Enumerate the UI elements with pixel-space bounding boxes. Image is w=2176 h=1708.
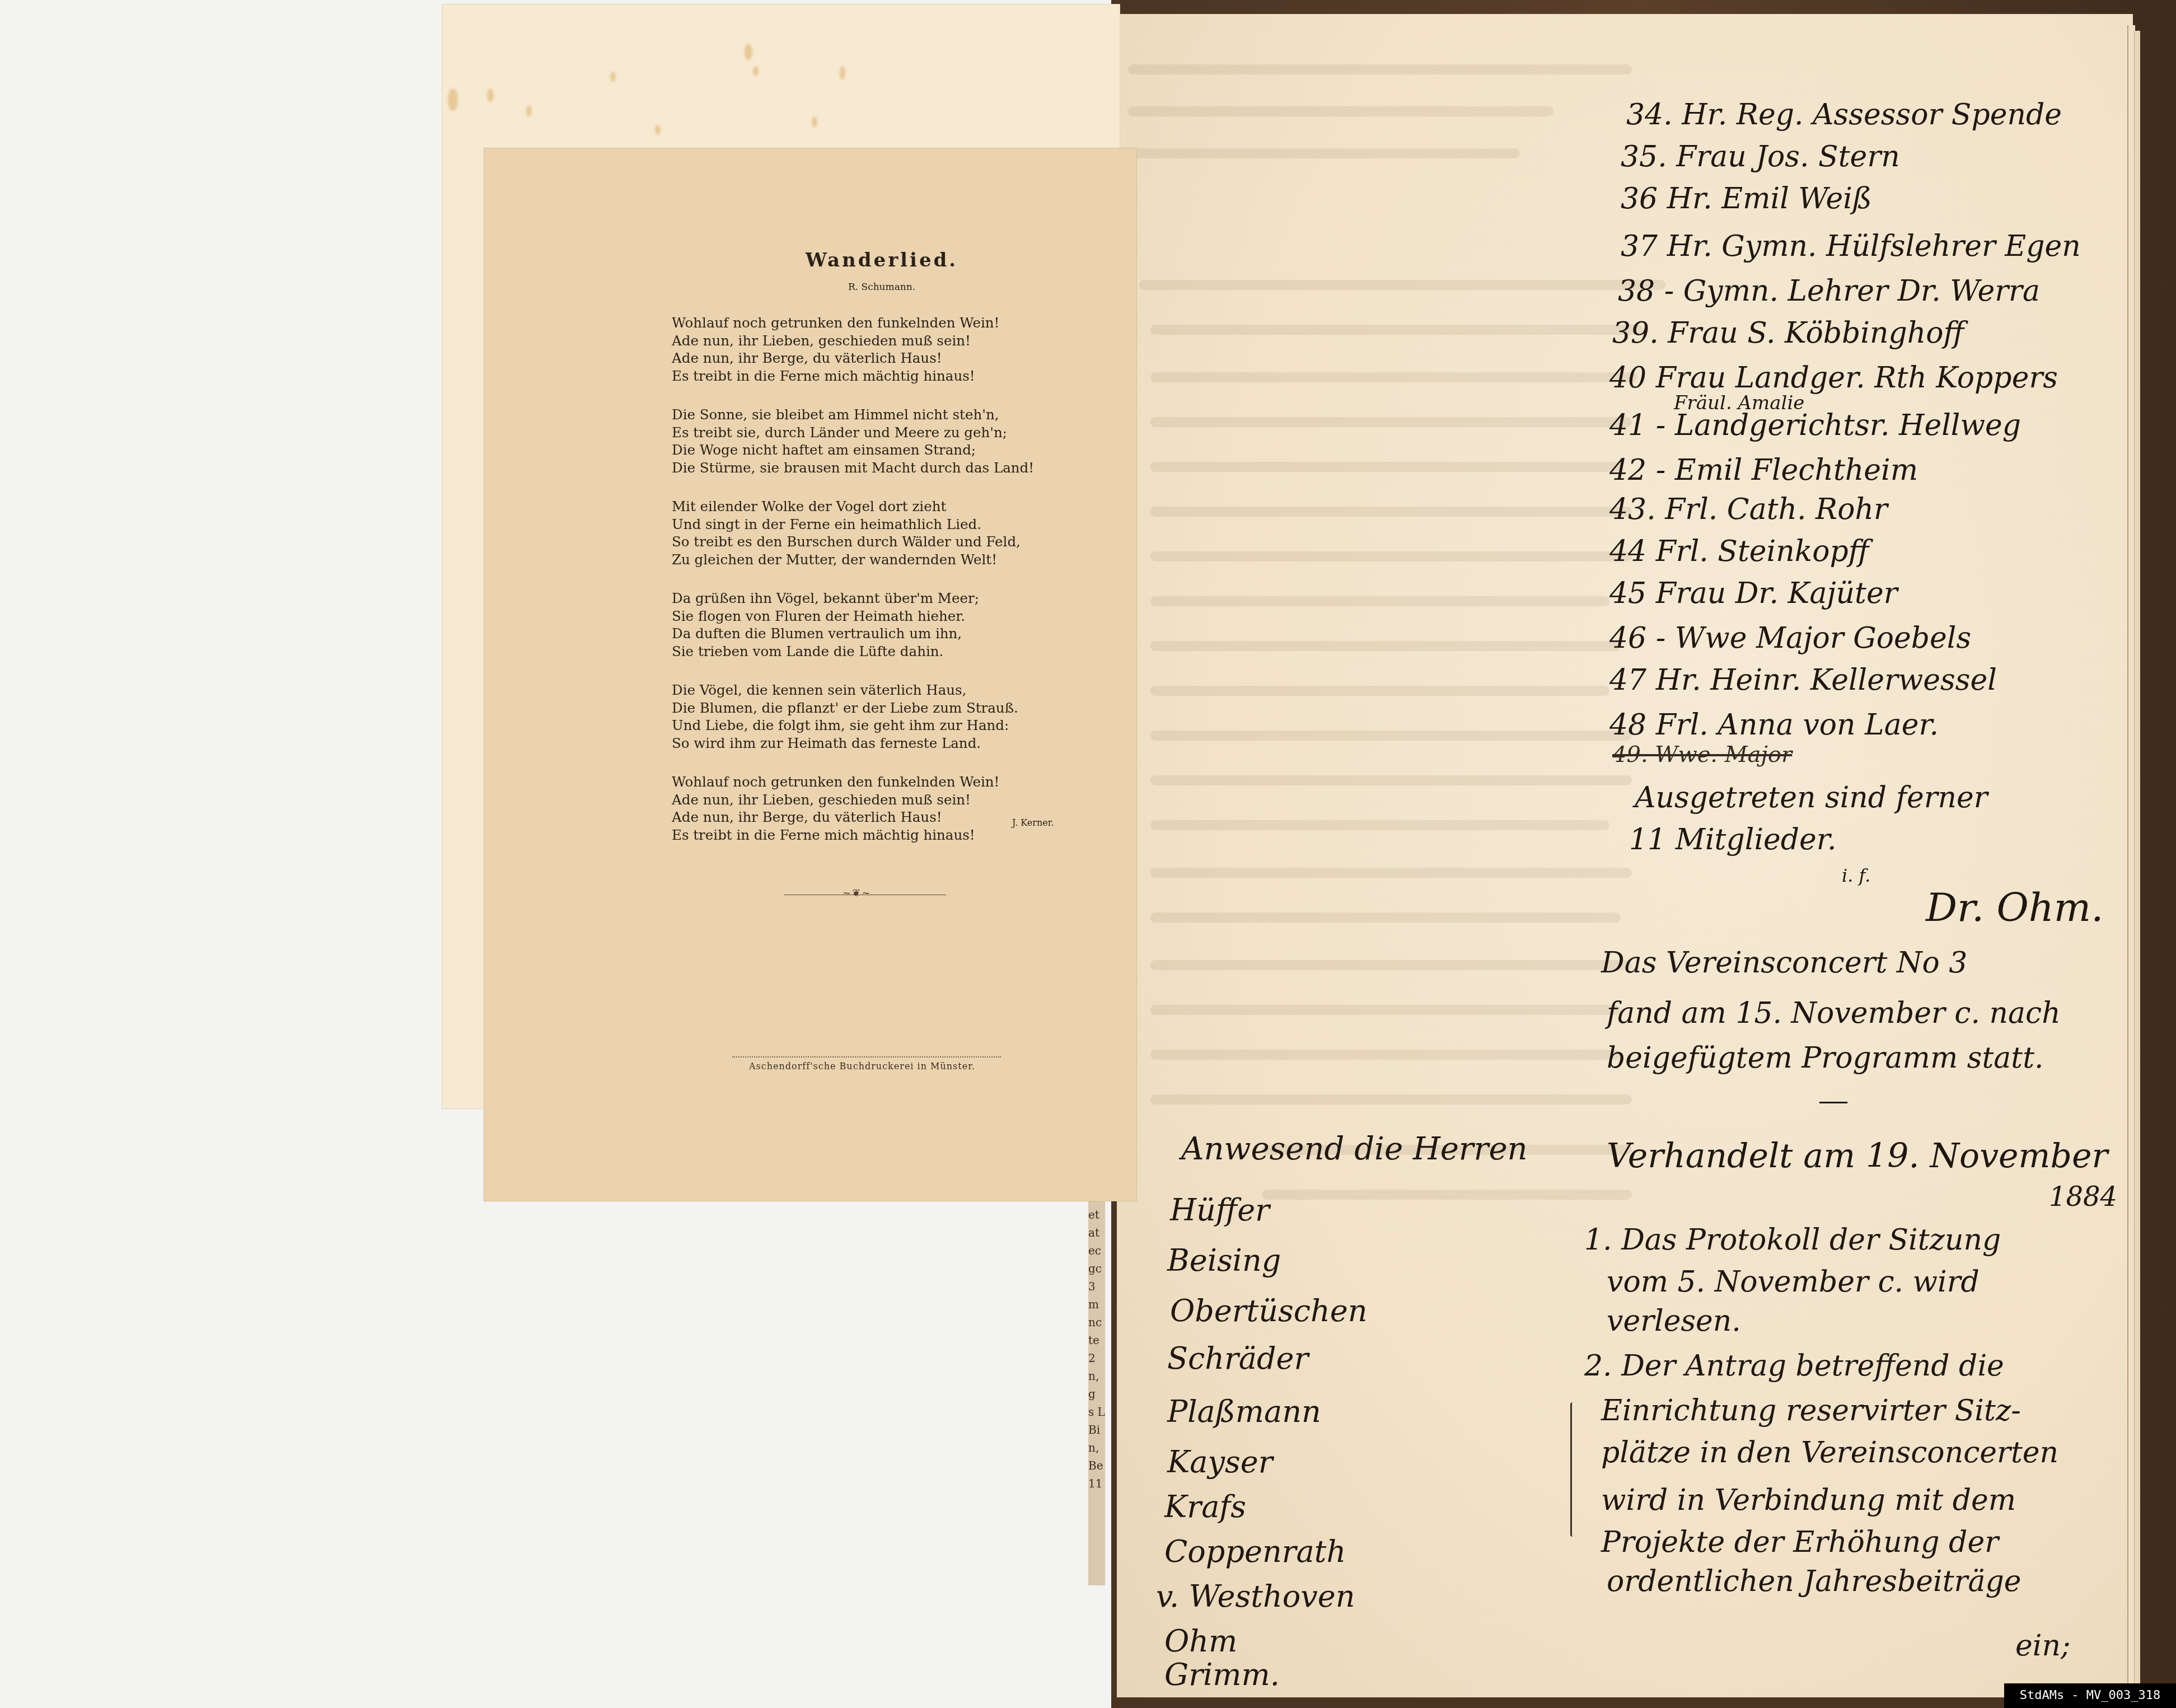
minutes-line: plätze in den Vereinsconcerten xyxy=(1601,1436,2058,1470)
attendee-name: Obertüschen xyxy=(1170,1293,1368,1328)
ornament-icon: ~❦~ xyxy=(843,887,871,899)
verse-line: Die Woge nicht haftet am einsamen Strand… xyxy=(672,441,1075,459)
verse-line: Zu gleichen der Mutter, der wandernden W… xyxy=(672,551,1075,569)
attendee-name: Grimm. xyxy=(1164,1657,1280,1692)
strip-text: nc xyxy=(1088,1313,1105,1331)
verse-line: Es treibt in die Ferne mich mächtig hina… xyxy=(672,826,1075,844)
attendance-heading: Anwesend die Herren xyxy=(1181,1131,1528,1167)
strip-text: s L xyxy=(1088,1403,1105,1421)
verse-line: Die Sonne, sie bleibet am Himmel nicht s… xyxy=(672,406,1075,424)
list-item: 35. Frau Jos. Stern xyxy=(1621,140,1900,174)
list-item: 48 Frl. Anna von Laer. xyxy=(1609,708,1939,742)
strip-text: n, xyxy=(1088,1439,1105,1457)
attendee-name: Coppenrath xyxy=(1164,1534,1346,1569)
ornament-divider: ~❦~ xyxy=(784,890,946,901)
page-edge xyxy=(2134,31,2140,1696)
strip-text: ec xyxy=(1088,1242,1105,1260)
strip-text: n, xyxy=(1088,1367,1105,1385)
concert-line: beigefügtem Programm statt. xyxy=(1607,1041,2044,1075)
list-item: 42 - Emil Flechtheim xyxy=(1609,453,1918,487)
verse-line: Sie flogen von Fluren der Heimath hieher… xyxy=(672,607,1075,625)
minutes-line: ordentlichen Jahresbeiträge xyxy=(1607,1565,2021,1598)
list-item: 44 Frl. Steinkopff xyxy=(1609,535,1869,568)
stanza: Da grüßen ihn Vögel, bekannt über'm Meer… xyxy=(672,589,1075,660)
divider-dash xyxy=(1819,1102,1847,1103)
attendee-name: Plaßmann xyxy=(1167,1394,1321,1429)
minutes-line: 1. Das Protokoll der Sitzung xyxy=(1584,1223,2001,1257)
attendee-name: Kayser xyxy=(1167,1444,1273,1480)
strip-text: gc xyxy=(1088,1260,1105,1278)
list-item: 36 Hr. Emil Weiß xyxy=(1621,182,1872,216)
list-item: 39. Frau S. Köbbinghoff xyxy=(1612,316,1964,350)
minutes-line: Projekte der Erhöhung der xyxy=(1601,1525,1999,1559)
list-item: 43. Frl. Cath. Rohr xyxy=(1609,493,1888,526)
attendee-name: Ohm xyxy=(1164,1623,1237,1659)
list-item: 34. Hr. Reg. Assessor Spende xyxy=(1626,98,2062,132)
newspaper-strip: it et at ec gc 3 m nc te 2 n, g s L Bi n… xyxy=(1088,1188,1105,1585)
verse-line: Die Vögel, die kennen sein väterlich Hau… xyxy=(672,681,1075,699)
list-item: 41 - Landgerichtsr. Hellweg xyxy=(1609,409,2021,442)
poem-title: Wanderlied. xyxy=(689,249,1075,272)
list-item: 37 Hr. Gymn. Hülfslehrer Egen xyxy=(1621,230,2081,263)
printer-imprint: Aschendorff'sche Buchdruckerei in Münste… xyxy=(749,1061,975,1071)
strip-text: Be xyxy=(1088,1457,1105,1475)
verse-line: Mit eilender Wolke der Vogel dort zieht xyxy=(672,498,1075,516)
poem-author: J. Kerner. xyxy=(1012,817,1065,828)
verse-line: Da duften die Blumen vertraulich um ihn, xyxy=(672,625,1075,643)
poem-composer: R. Schumann. xyxy=(689,282,1075,293)
verse-line: Da grüßen ihn Vögel, bekannt über'm Meer… xyxy=(672,589,1075,607)
note-resigned: Ausgetreten sind ferner xyxy=(1635,781,1988,815)
minutes-line: 2. Der Antrag betreffend die xyxy=(1584,1349,2004,1383)
stanza: Wohlauf noch getrunken den funkelnden We… xyxy=(672,314,1075,385)
list-item: 38 - Gymn. Lehrer Dr. Werra xyxy=(1618,274,2040,308)
list-item: 40 Frau Landger. Rth Koppers xyxy=(1609,361,2058,395)
minutes-continuation: ein; xyxy=(2015,1629,2070,1663)
verse-line: Die Stürme, sie brausen mit Macht durch … xyxy=(672,459,1075,477)
strip-text: m xyxy=(1088,1295,1105,1313)
stanza: Die Sonne, sie bleibet am Himmel nicht s… xyxy=(672,406,1075,476)
verse-line: Und Liebe, die folgt ihm, sie geht ihm z… xyxy=(672,717,1075,734)
verse-line: Ade nun, ihr Lieben, geschieden muß sein… xyxy=(672,332,1075,350)
attendee-name: Beising xyxy=(1167,1243,1281,1278)
attendee-name: Hüffer xyxy=(1170,1192,1270,1228)
stanza: Die Vögel, die kennen sein väterlich Hau… xyxy=(672,681,1075,752)
minutes-heading: Verhandelt am 19. November xyxy=(1607,1136,2108,1176)
attendee-name: Krafs xyxy=(1164,1489,1246,1524)
minutes-line: verlesen. xyxy=(1607,1304,1741,1338)
margin-bracket xyxy=(1570,1402,1575,1537)
verse-line: Wohlauf noch getrunken den funkelnden We… xyxy=(672,773,1075,791)
stanza: Wohlauf noch getrunken den funkelnden We… xyxy=(672,773,1075,844)
verse-line: Ade nun, ihr Lieben, geschieden muß sein… xyxy=(672,791,1075,809)
verse-line: So treibt es den Burschen durch Wälder u… xyxy=(672,533,1075,551)
verse-line: Ade nun, ihr Berge, du väterlich Haus! xyxy=(672,349,1075,367)
printer-rule xyxy=(732,1056,1001,1060)
attendee-name: v. Westhoven xyxy=(1156,1579,1355,1614)
poem-content: Wanderlied. R. Schumann. Wohlauf noch ge… xyxy=(484,148,1136,1201)
verse-line: Es treibt sie, durch Länder und Meere zu… xyxy=(672,424,1075,442)
strip-text: et xyxy=(1088,1206,1105,1224)
verse-line: Die Blumen, die pflanzt' er der Liebe zu… xyxy=(672,699,1075,717)
verse-line: Es treibt in die Ferne mich mächtig hina… xyxy=(672,367,1075,385)
stanza: Mit eilender Wolke der Vogel dort zieht … xyxy=(672,498,1075,568)
minutes-line: vom 5. November c. wird xyxy=(1607,1265,1980,1299)
minutes-line: Einrichtung reservirter Sitz- xyxy=(1601,1394,2021,1428)
strip-text: g xyxy=(1088,1385,1105,1403)
attendee-name: Schräder xyxy=(1167,1341,1308,1376)
archive-label: StdAMs - MV_003_318 xyxy=(2004,1683,2176,1708)
strip-text: 11 xyxy=(1088,1475,1105,1492)
strip-text: at xyxy=(1088,1224,1105,1242)
verse-line: Sie trieben vom Lande die Lüfte dahin. xyxy=(672,643,1075,661)
struck-out-line: 49. Wwe. Major xyxy=(1612,742,1792,768)
initials: i. f. xyxy=(1842,865,1870,886)
list-item: 46 - Wwe Major Goebels xyxy=(1609,621,1971,655)
minutes-year: 1884 xyxy=(2049,1181,2117,1213)
strip-text: 3 xyxy=(1088,1278,1105,1295)
minutes-line: wird in Verbindung mit dem xyxy=(1601,1484,2016,1517)
signature: Dr. Ohm. xyxy=(1926,885,2104,930)
verse-line: Und singt in der Ferne ein heimathlich L… xyxy=(672,516,1075,534)
verse-line: So wird ihm zur Heimath das fernestе Lan… xyxy=(672,734,1075,752)
note-members-count: 11 Mitglieder. xyxy=(1629,823,1837,857)
verse-line: Wohlauf noch getrunken den funkelnden We… xyxy=(672,314,1075,332)
list-item: 47 Hr. Heinr. Kellerwessel xyxy=(1609,663,1997,697)
strip-text: 2 xyxy=(1088,1349,1105,1367)
concert-line: fand am 15. November c. nach xyxy=(1607,996,2061,1030)
strip-text: te xyxy=(1088,1331,1105,1349)
strip-text: Bi xyxy=(1088,1421,1105,1439)
concert-line: Das Vereinsconcert No 3 xyxy=(1601,946,1967,980)
list-item: 45 Frau Dr. Kajüter xyxy=(1609,577,1898,610)
